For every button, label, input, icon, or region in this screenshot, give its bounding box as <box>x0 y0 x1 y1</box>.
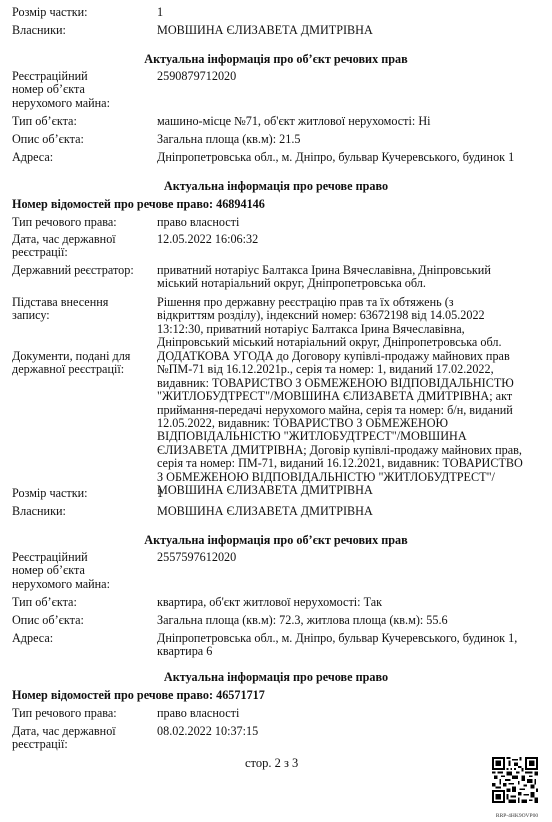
object-type-label: Тип об’єкта: <box>12 115 157 128</box>
object-type-value: квартира, об'єкт житлової нерухомості: Т… <box>157 596 542 609</box>
owners-row-2: Власники: МОВШИНА ЄЛИЗАВЕТА ДМИТРІВНА <box>12 505 542 518</box>
qr-code-id: RRP-4HK9OVP00 <box>486 810 548 822</box>
right-type-row: Тип речового права: право власності <box>12 216 542 229</box>
documents-label: Документи, подані для державної реєстрац… <box>12 350 137 497</box>
reg-number-row: Реєстраційний номер об’єкта нерухомого м… <box>12 70 542 110</box>
share-row: Розмір частки: 1 <box>12 6 542 19</box>
object-heading: Актуальна інформація про об’єкт речових … <box>0 53 552 66</box>
address-row-2: Адреса: Дніпропетровська обл., м. Дніпро… <box>12 632 542 659</box>
owners-value: МОВШИНА ЄЛИЗАВЕТА ДМИТРІВНА <box>157 24 542 37</box>
object-desc-label: Опис об’єкта: <box>12 133 157 146</box>
record-number-2: Номер відомостей про речове право: 46571… <box>12 689 265 702</box>
right-heading-2: Актуальна інформація про речове право <box>0 671 552 684</box>
documents-value: ДОДАТКОВА УГОДА до Договору купівлі-прод… <box>157 350 542 497</box>
object-desc-label: Опис об’єкта: <box>12 614 157 627</box>
object-desc-row: Опис об’єкта: Загальна площа (кв.м): 21.… <box>12 133 542 146</box>
qr-code-icon <box>492 757 538 803</box>
registrar-label: Державний реєстратор: <box>12 264 157 291</box>
right-type-row-2: Тип речового права: право власності <box>12 707 542 720</box>
object-type-label: Тип об’єкта: <box>12 596 157 609</box>
right-type-value: право власності <box>157 216 542 229</box>
right-type-label: Тип речового права: <box>12 216 157 229</box>
address-label: Адреса: <box>12 632 157 659</box>
document-page: Розмір частки: 1 Власники: МОВШИНА ЄЛИЗА… <box>0 0 552 822</box>
basis-value: Рішення про державну реєстрацію прав та … <box>157 296 542 350</box>
record-number: Номер відомостей про речове право: 46894… <box>12 198 265 211</box>
right-type-label: Тип речового права: <box>12 707 157 720</box>
reg-number-value: 2557597612020 <box>157 551 542 591</box>
object-desc-value: Загальна площа (кв.м): 21.5 <box>157 133 542 146</box>
reg-number-label: Реєстраційний номер об’єкта нерухомого м… <box>12 70 122 110</box>
share-value: 1 <box>157 6 542 19</box>
reg-date-row-2: Дата, час державної реєстрації: 08.02.20… <box>12 725 542 752</box>
address-value: Дніпропетровська обл., м. Дніпро, бульва… <box>157 632 542 659</box>
share-label: Розмір частки: <box>12 487 157 500</box>
basis-label: Підстава внесення запису: <box>12 296 122 350</box>
reg-number-row-2: Реєстраційний номер об’єкта нерухомого м… <box>12 551 542 591</box>
basis-row: Підстава внесення запису: Рішення про де… <box>12 296 542 350</box>
reg-date-label: Дата, час державної реєстрації: <box>12 725 122 752</box>
reg-number-value: 2590879712020 <box>157 70 542 110</box>
registrar-value: приватний нотаріус Балтакса Ірина Вячесл… <box>157 264 542 291</box>
reg-date-value: 12.05.2022 16:06:32 <box>157 233 542 260</box>
object-type-row: Тип об’єкта: машино-місце №71, об'єкт жи… <box>12 115 542 128</box>
object-heading-2: Актуальна інформація про об’єкт речових … <box>0 534 552 547</box>
share-row-2: Розмір частки: 1 <box>12 487 542 500</box>
reg-date-label: Дата, час державної реєстрації: <box>12 233 122 260</box>
reg-date-row: Дата, час державної реєстрації: 12.05.20… <box>12 233 542 260</box>
owners-label: Власники: <box>12 505 157 518</box>
page-number: стор. 2 з 3 <box>245 757 298 770</box>
object-desc-value: Загальна площа (кв.м): 72.3, житлова пло… <box>157 614 542 627</box>
address-label: Адреса: <box>12 151 157 164</box>
address-row: Адреса: Дніпропетровська обл., м. Дніпро… <box>12 151 542 164</box>
documents-row: Документи, подані для державної реєстрац… <box>12 350 542 497</box>
right-type-value: право власності <box>157 707 542 720</box>
reg-date-value: 08.02.2022 10:37:15 <box>157 725 542 752</box>
reg-number-label: Реєстраційний номер об’єкта нерухомого м… <box>12 551 122 591</box>
share-label: Розмір частки: <box>12 6 157 19</box>
object-desc-row-2: Опис об’єкта: Загальна площа (кв.м): 72.… <box>12 614 542 627</box>
right-heading: Актуальна інформація про речове право <box>0 180 552 193</box>
address-value: Дніпропетровська обл., м. Дніпро, бульва… <box>157 151 542 164</box>
share-value: 1 <box>157 487 542 500</box>
owners-label: Власники: <box>12 24 157 37</box>
owners-value: МОВШИНА ЄЛИЗАВЕТА ДМИТРІВНА <box>157 505 542 518</box>
object-type-row-2: Тип об’єкта: квартира, об'єкт житлової н… <box>12 596 542 609</box>
registrar-row: Державний реєстратор: приватний нотаріус… <box>12 264 542 291</box>
owners-row: Власники: МОВШИНА ЄЛИЗАВЕТА ДМИТРІВНА <box>12 24 542 37</box>
object-type-value: машино-місце №71, об'єкт житлової нерухо… <box>157 115 542 128</box>
